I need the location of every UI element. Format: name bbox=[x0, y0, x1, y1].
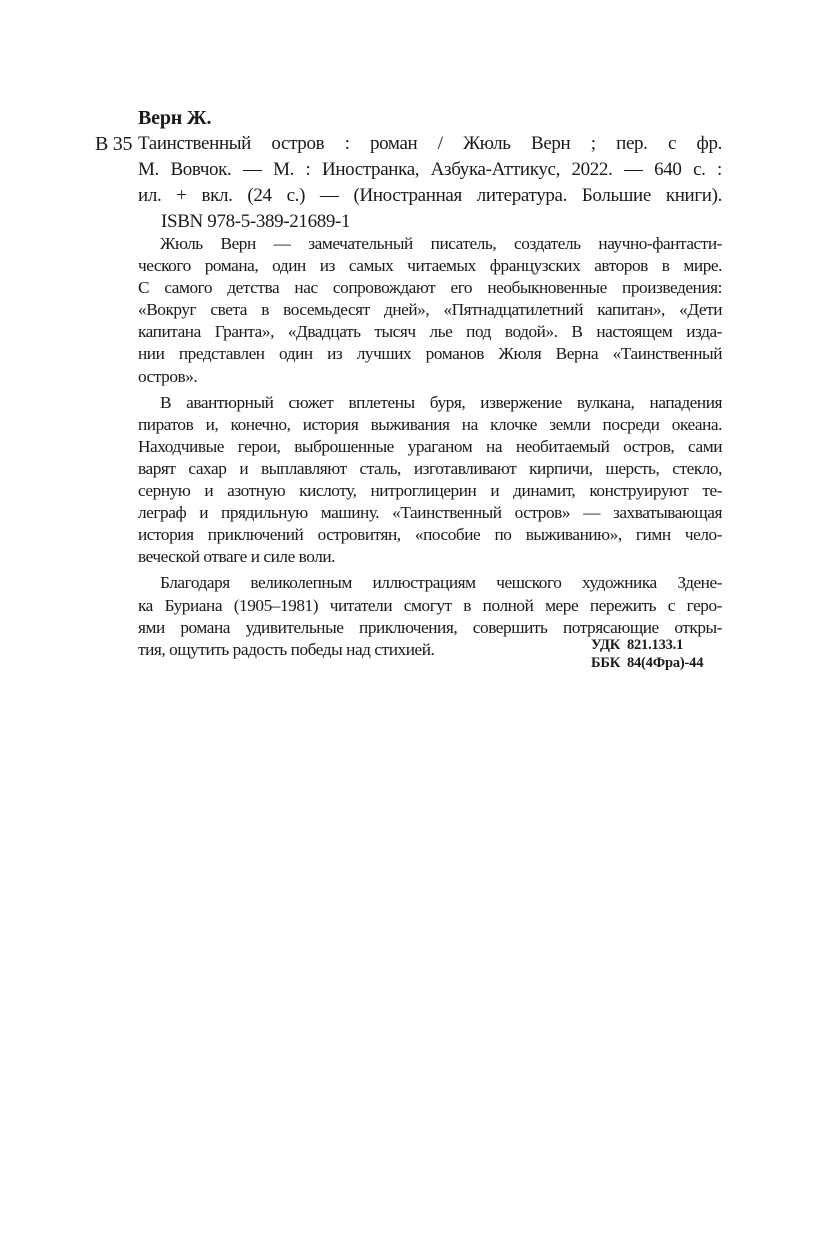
udk-row: УДК 821.133.1 bbox=[591, 636, 703, 654]
text-line: Благодаря великолепным иллюстрациям чешс… bbox=[138, 572, 722, 594]
catalog-card-page: Верн Ж. В 35 Таинственный остров : роман… bbox=[0, 0, 827, 1240]
text-line: В авантюрный сюжет вплетены буря, изверж… bbox=[138, 392, 722, 414]
annotation-paragraph-1: Жюль Верн — замечательный писатель, созд… bbox=[138, 233, 722, 388]
text-line: история приключений островитян, «пособие… bbox=[138, 524, 722, 546]
bbk-row: ББК 84(4Фра)-44 bbox=[591, 654, 703, 672]
text-line: варят сахар и выплавляют сталь, изготавл… bbox=[138, 458, 722, 480]
text-line: остров». bbox=[138, 366, 722, 388]
annotation-paragraph-2: В авантюрный сюжет вплетены буря, изверж… bbox=[138, 392, 722, 569]
classification-codes: УДК 821.133.1 ББК 84(4Фра)-44 bbox=[591, 636, 703, 672]
text-line: ка Буриана (1905–1981) читатели смогут в… bbox=[138, 595, 722, 617]
bbk-label: ББК bbox=[591, 655, 620, 671]
text-line: капитана Гранта», «Двадцать тысяч лье по… bbox=[138, 321, 722, 343]
udk-value: 821.133.1 bbox=[627, 637, 683, 653]
text-line: пиратов и, конечно, история выживания на… bbox=[138, 414, 722, 436]
biblio-line: Таинственный остров : роман / Жюль Верн … bbox=[138, 131, 722, 157]
text-line: ческого романа, один из самых читаемых ф… bbox=[138, 255, 722, 277]
text-line: С самого детства нас сопровождают его не… bbox=[138, 277, 722, 299]
text-line: нии представлен один из лучших романов Ж… bbox=[138, 343, 722, 365]
udk-label: УДК bbox=[591, 637, 620, 653]
bibliographic-description: Таинственный остров : роман / Жюль Верн … bbox=[138, 131, 722, 209]
isbn: ISBN 978-5-389-21689-1 bbox=[161, 209, 350, 235]
text-line: «Вокруг света в восемьдесят дней», «Пятн… bbox=[138, 299, 722, 321]
annotation: Жюль Верн — замечательный писатель, созд… bbox=[138, 233, 722, 665]
library-code: В 35 bbox=[95, 131, 132, 157]
text-line: Жюль Верн — замечательный писатель, созд… bbox=[138, 233, 722, 255]
biblio-line: М. Вовчок. — М. : Иностранка, Азбука-Атт… bbox=[138, 157, 722, 183]
author-heading: Верн Ж. bbox=[138, 105, 211, 131]
text-line: Находчивые герои, выброшенные ураганом н… bbox=[138, 436, 722, 458]
bbk-value: 84(4Фра)-44 bbox=[627, 655, 703, 671]
text-line: леграф и прядильную машину. «Таинственны… bbox=[138, 502, 722, 524]
biblio-line: ил. + вкл. (24 с.) — (Иностранная литера… bbox=[138, 183, 722, 209]
text-line: веческой отваге и силе воли. bbox=[138, 546, 722, 568]
text-line: серную и азотную кислоту, нитроглицерин … bbox=[138, 480, 722, 502]
